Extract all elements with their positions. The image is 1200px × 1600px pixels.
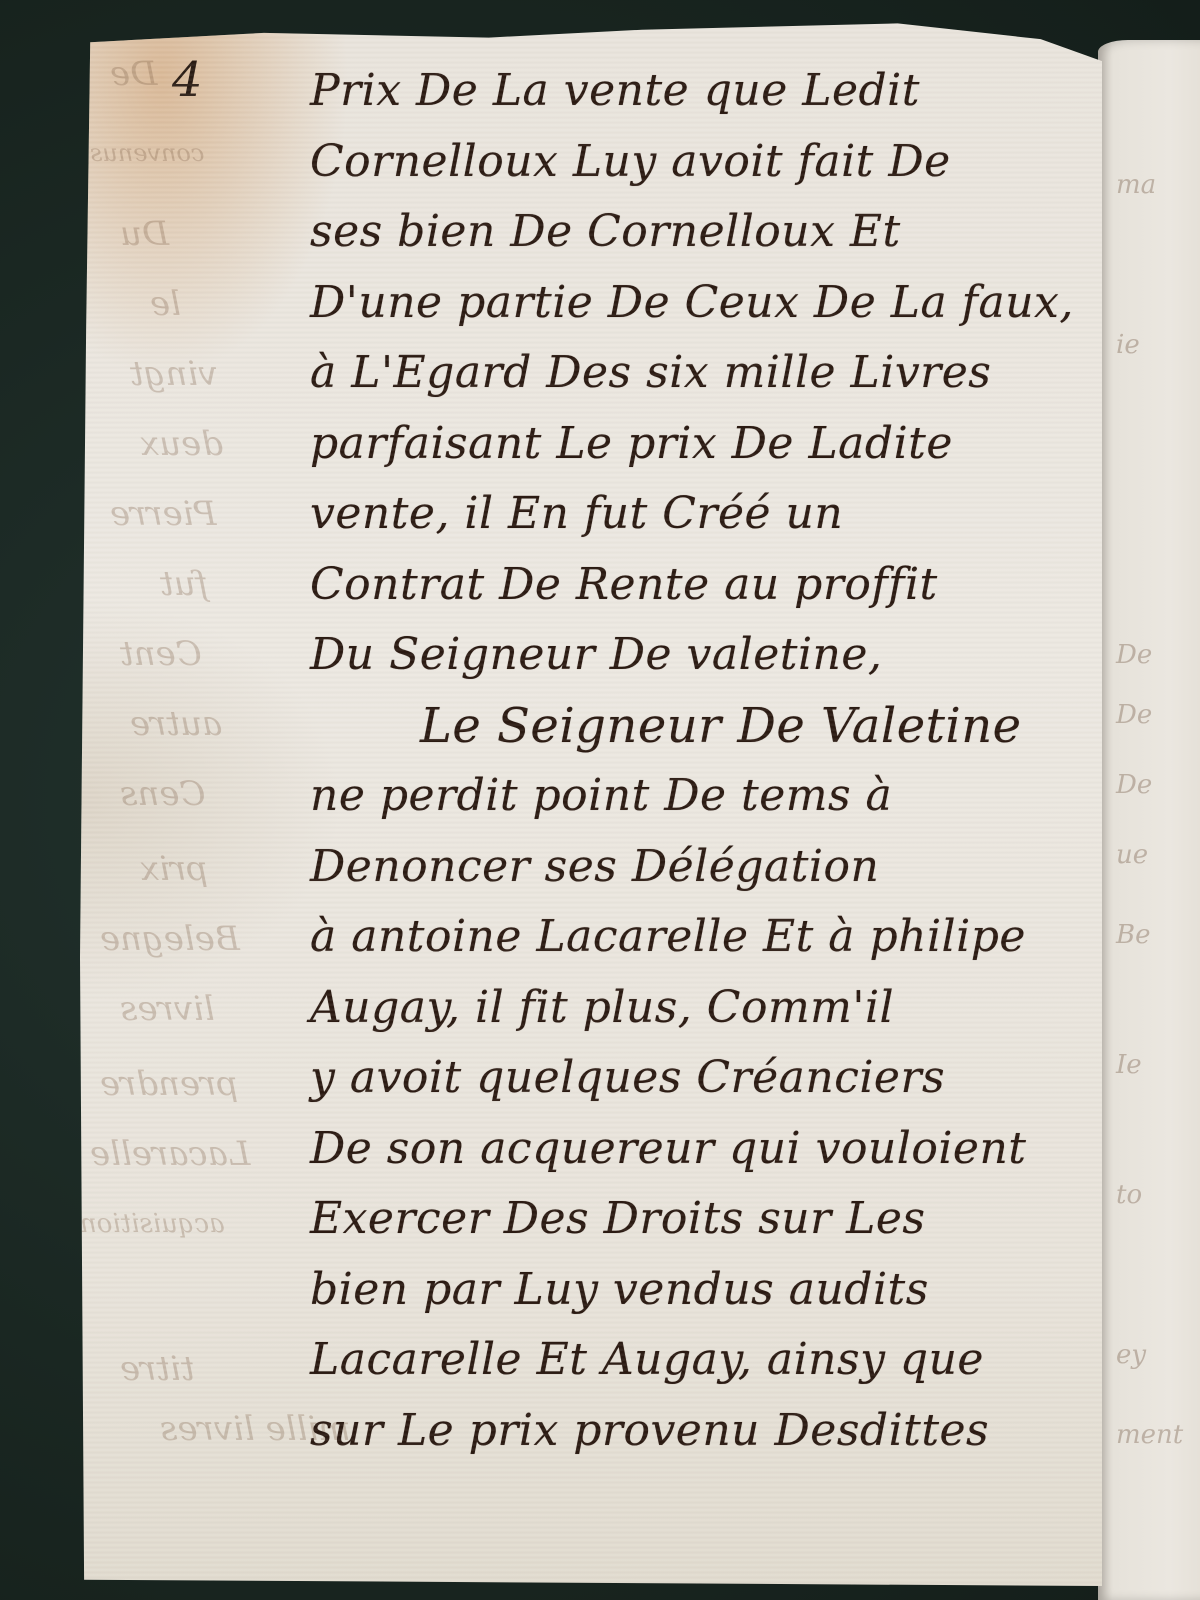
facing-page-fragment: ie: [1116, 330, 1140, 360]
manuscript-line: Exercer Des Droits sur Les: [310, 1184, 1100, 1255]
manuscript-line: bien par Luy vendus audits: [310, 1255, 1100, 1326]
paragraph-start-line: Le Seigneur De Valetine: [310, 691, 1100, 762]
manuscript-line: De son acquereur qui vouloient: [310, 1114, 1100, 1185]
bleed-through-text: Pierre: [110, 494, 217, 534]
manuscript-line: à L'Egard Des six mille Livres: [310, 338, 1100, 409]
manuscript-line: ne perdit point De tems à: [310, 761, 1100, 832]
manuscript-line: Cornelloux Luy avoit fait De: [310, 127, 1100, 198]
manuscript-line: Denoncer ses Délégation: [310, 832, 1100, 903]
bleed-through-text: vingt: [130, 354, 217, 394]
bleed-through-text: Lacarelle: [90, 1134, 250, 1174]
bleed-through-text: titre: [120, 1349, 195, 1389]
bleed-through-text: prix: [140, 849, 208, 889]
manuscript-line: parfaisant Le prix De Ladite: [310, 409, 1100, 480]
manuscript-line: vente, il En fut Créé un: [310, 479, 1100, 550]
facing-page-fragment: De: [1116, 770, 1152, 800]
facing-page-fragment: De: [1116, 640, 1152, 670]
manuscript-line: Prix De La vente que Ledit: [310, 56, 1100, 127]
bleed-through-text: convenus: [90, 139, 204, 167]
bleed-through-text: Du: [120, 214, 169, 254]
facing-page-fragment: ment: [1116, 1420, 1183, 1450]
manuscript-line: D'une partie De Ceux De La faux,: [310, 268, 1100, 339]
bleed-through-text: fut: [160, 564, 208, 604]
facing-page-fragment: ue: [1116, 840, 1148, 870]
bleed-through-text: Cent: [120, 634, 202, 674]
facing-page-fragment: Ie: [1116, 1050, 1142, 1080]
manuscript-line: y avoit quelques Créanciers: [310, 1043, 1100, 1114]
facing-page-fragment: ey: [1116, 1340, 1146, 1370]
manuscript-line: Contrat De Rente au proffit: [310, 550, 1100, 621]
manuscript-line: sur Le prix provenu Desdittes: [310, 1396, 1100, 1467]
manuscript-line: Augay, il fit plus, Comm'il: [310, 973, 1100, 1044]
page-number: 4: [172, 52, 203, 108]
manuscript-line: ses bien De Cornelloux Et: [310, 197, 1100, 268]
facing-page-fragment: De: [1116, 700, 1152, 730]
bleed-through-text: le: [150, 284, 181, 324]
bleed-through-text: Belegne: [100, 919, 240, 959]
manuscript-text: Prix De La vente que Ledit Cornelloux Lu…: [310, 56, 1100, 1466]
bleed-through-text: autre: [130, 704, 222, 744]
manuscript-line: Du Seigneur De valetine,: [310, 620, 1100, 691]
facing-page-fragment: to: [1116, 1180, 1142, 1210]
manuscript-sheet: De convenus Du le vingt deux Pierre fut …: [80, 14, 1102, 1586]
manuscript-line: à antoine Lacarelle Et à philipe: [310, 902, 1100, 973]
facing-page-edge: ma ie De De De ue Be Ie to ey ment: [1098, 40, 1200, 1600]
bleed-through-text: deux: [140, 424, 223, 464]
bleed-through-text: livres: [120, 989, 215, 1029]
manuscript-line: Lacarelle Et Augay, ainsy que: [310, 1325, 1100, 1396]
bleed-through-text: prendre: [100, 1064, 238, 1104]
facing-page-fragment: Be: [1116, 920, 1151, 950]
bleed-through-text: De: [110, 54, 157, 94]
bleed-through-text: acquisition: [80, 1209, 225, 1239]
facing-page-fragment: ma: [1116, 170, 1156, 200]
bleed-through-text: Cens: [120, 774, 205, 814]
